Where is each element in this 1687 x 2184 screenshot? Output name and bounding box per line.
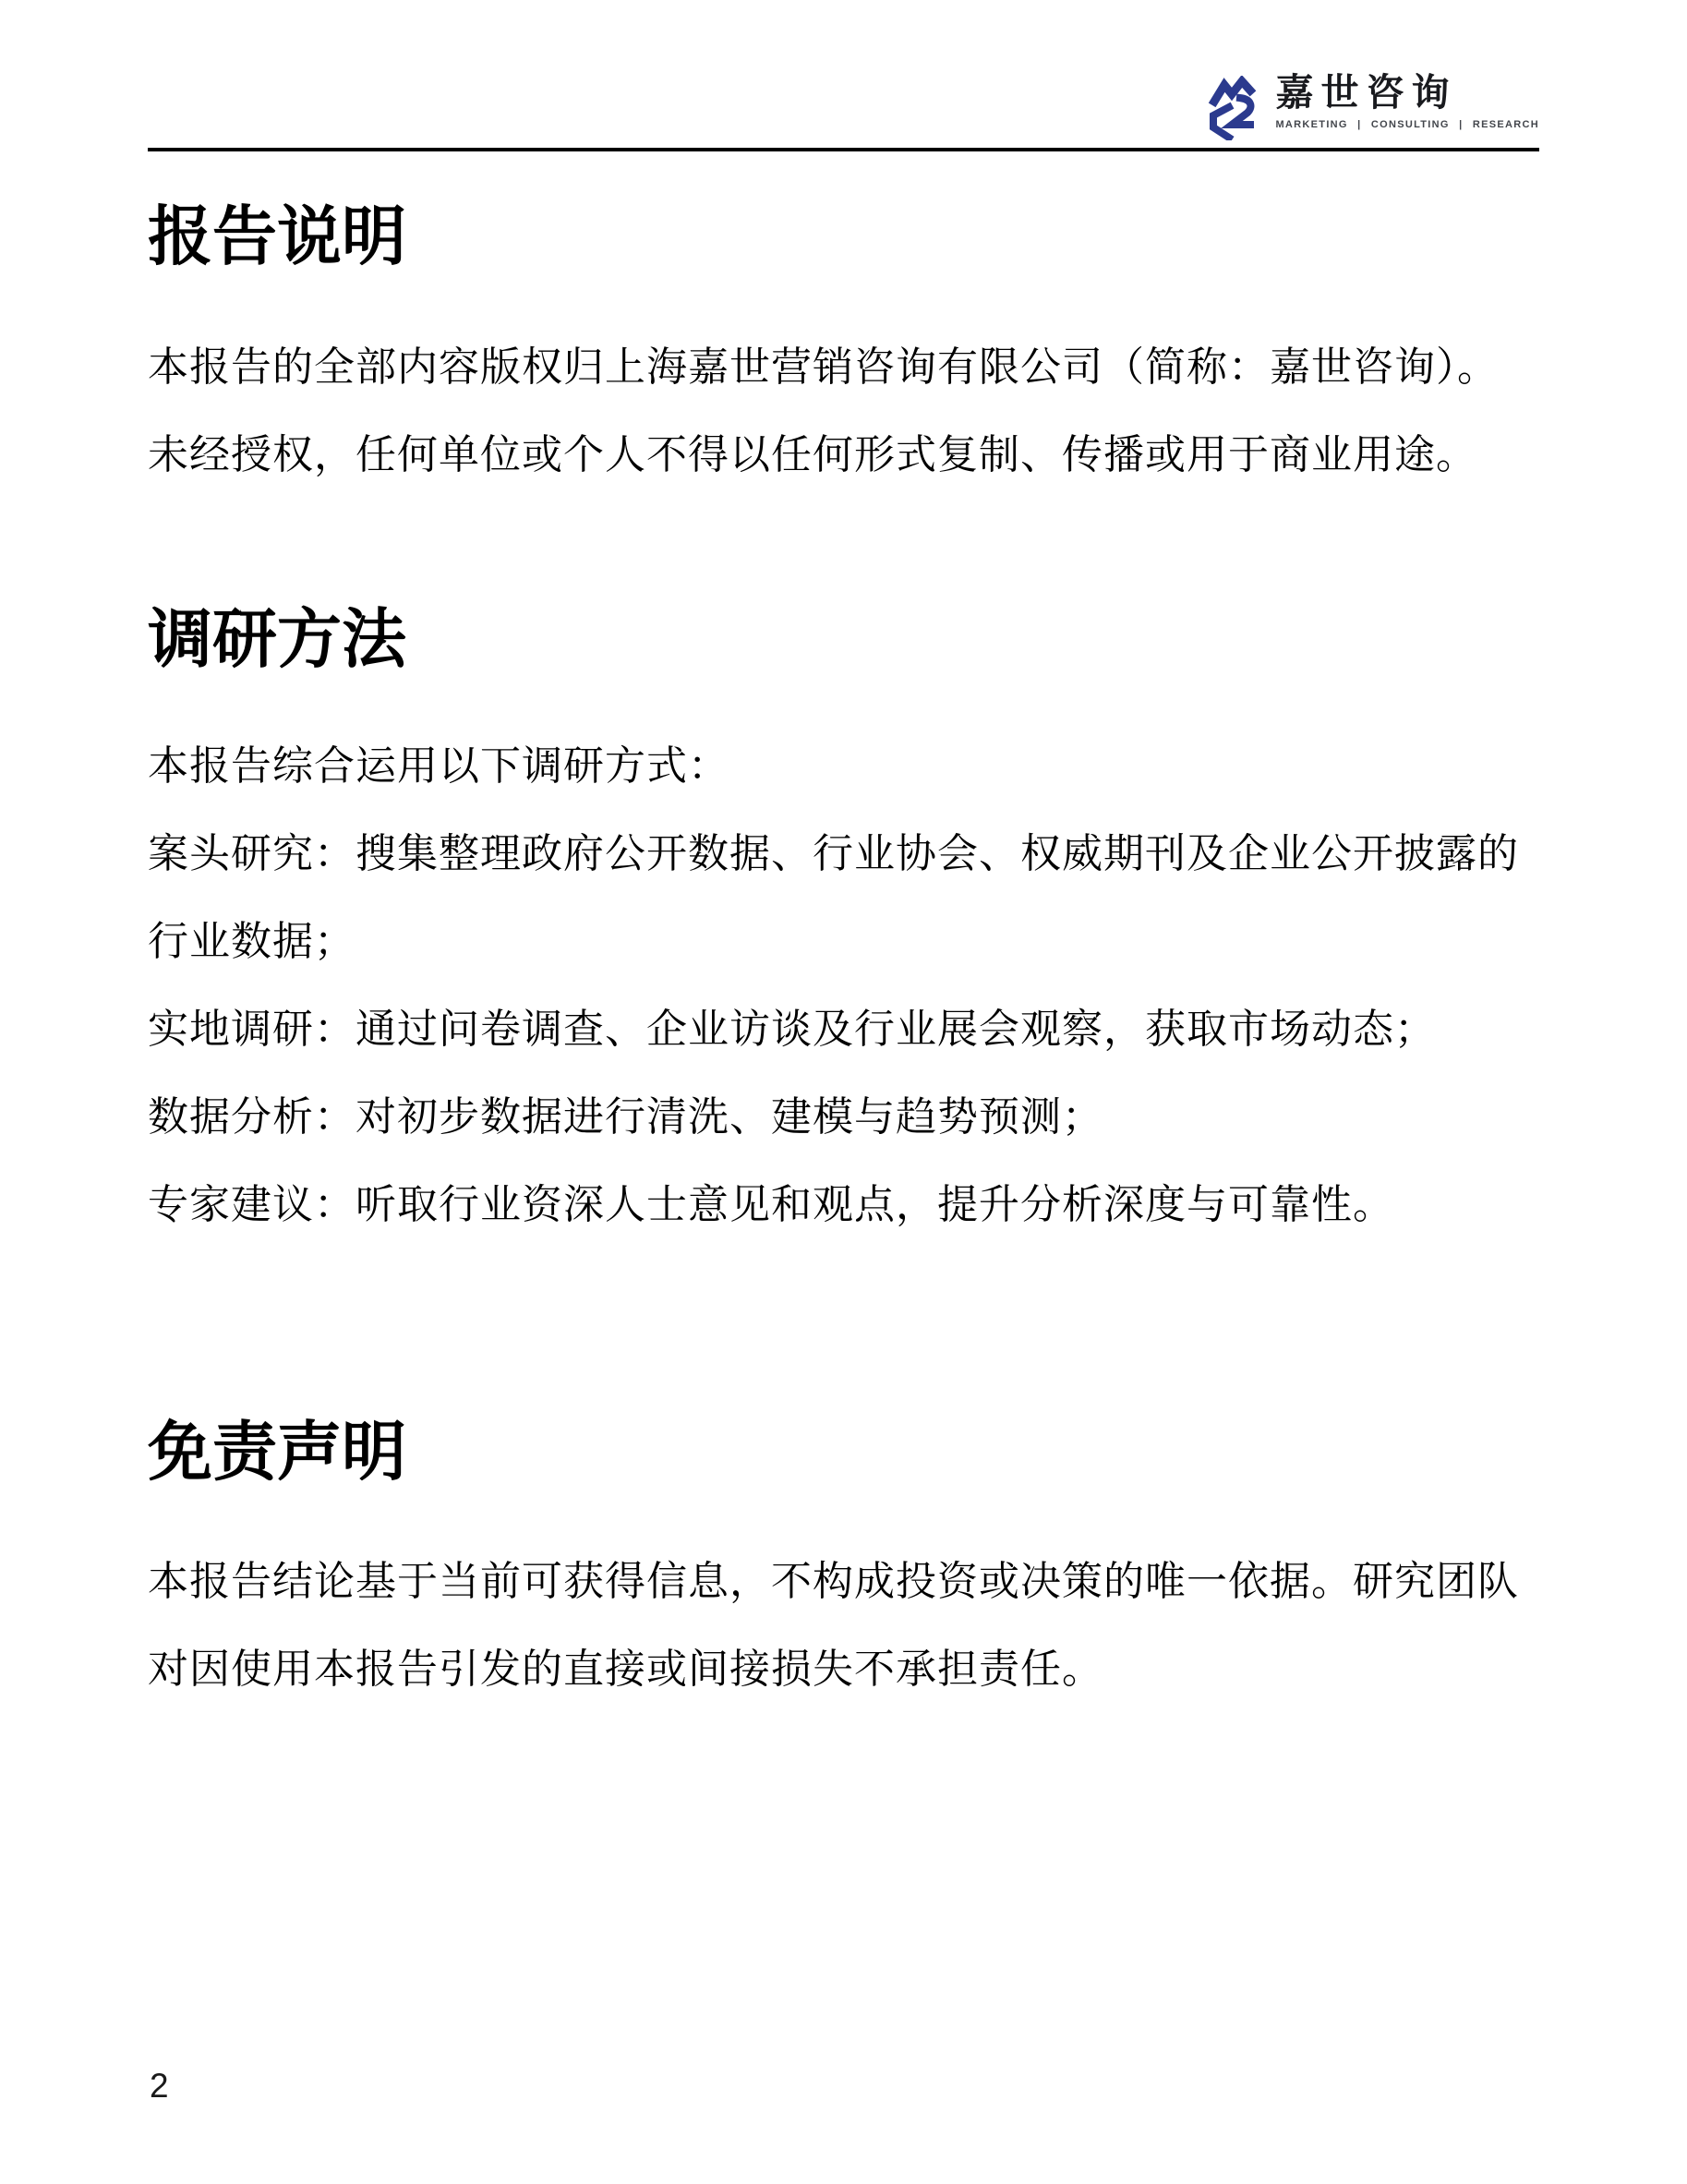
section-heading-research-methods: 调研方法 [148,602,1539,680]
research-method-field-research: 实地调研：通过问卷调查、企业访谈及行业展会观察，获取市场动态； [148,985,1539,1073]
brand-name: 嘉世咨询 [1275,74,1539,112]
disclaimer-paragraph: 本报告结论基于当前可获得信息，不构成投资或决策的唯一依据。研究团队对因使用本报告… [148,1538,1539,1713]
section-disclaimer: 免责声明 本报告结论基于当前可获得信息，不构成投资或决策的唯一依据。研究团队对因… [148,1415,1539,1713]
research-method-desk-research: 案头研究：搜集整理政府公开数据、行业协会、权威期刊及企业公开披露的行业数据； [148,810,1539,985]
brand-text-block: 嘉世咨询 MARKETING | CONSULTING | RESEARCH [1275,74,1539,130]
research-method-data-analysis: 数据分析：对初步数据进行清洗、建模与趋势预测； [148,1073,1539,1161]
page-header: 嘉世咨询 MARKETING | CONSULTING | RESEARCH [148,0,1539,151]
page-number: 2 [150,2067,169,2106]
research-methods-intro: 本报告综合运用以下调研方式： [148,722,1539,810]
report-description-paragraph: 本报告的全部内容版权归上海嘉世营销咨询有限公司（简称：嘉世咨询）。未经授权，任何… [148,323,1539,499]
section-report-description: 报告说明 本报告的全部内容版权归上海嘉世营销咨询有限公司（简称：嘉世咨询）。未经… [148,199,1539,499]
brand-tagline: MARKETING | CONSULTING | RESEARCH [1275,119,1539,130]
research-method-expert-advice: 专家建议：听取行业资深人士意见和观点，提升分析深度与可靠性。 [148,1161,1539,1249]
company-logo-icon [1203,76,1260,140]
company-logo: 嘉世咨询 MARKETING | CONSULTING | RESEARCH [1203,74,1539,140]
section-heading-disclaimer: 免责声明 [148,1415,1539,1492]
document-page: 嘉世咨询 MARKETING | CONSULTING | RESEARCH 报… [0,0,1687,2184]
section-research-methods: 调研方法 本报告综合运用以下调研方式： 案头研究：搜集整理政府公开数据、行业协会… [148,602,1539,1249]
section-heading-report-description: 报告说明 [148,199,1539,277]
research-methods-list: 本报告综合运用以下调研方式： 案头研究：搜集整理政府公开数据、行业协会、权威期刊… [148,722,1539,1249]
